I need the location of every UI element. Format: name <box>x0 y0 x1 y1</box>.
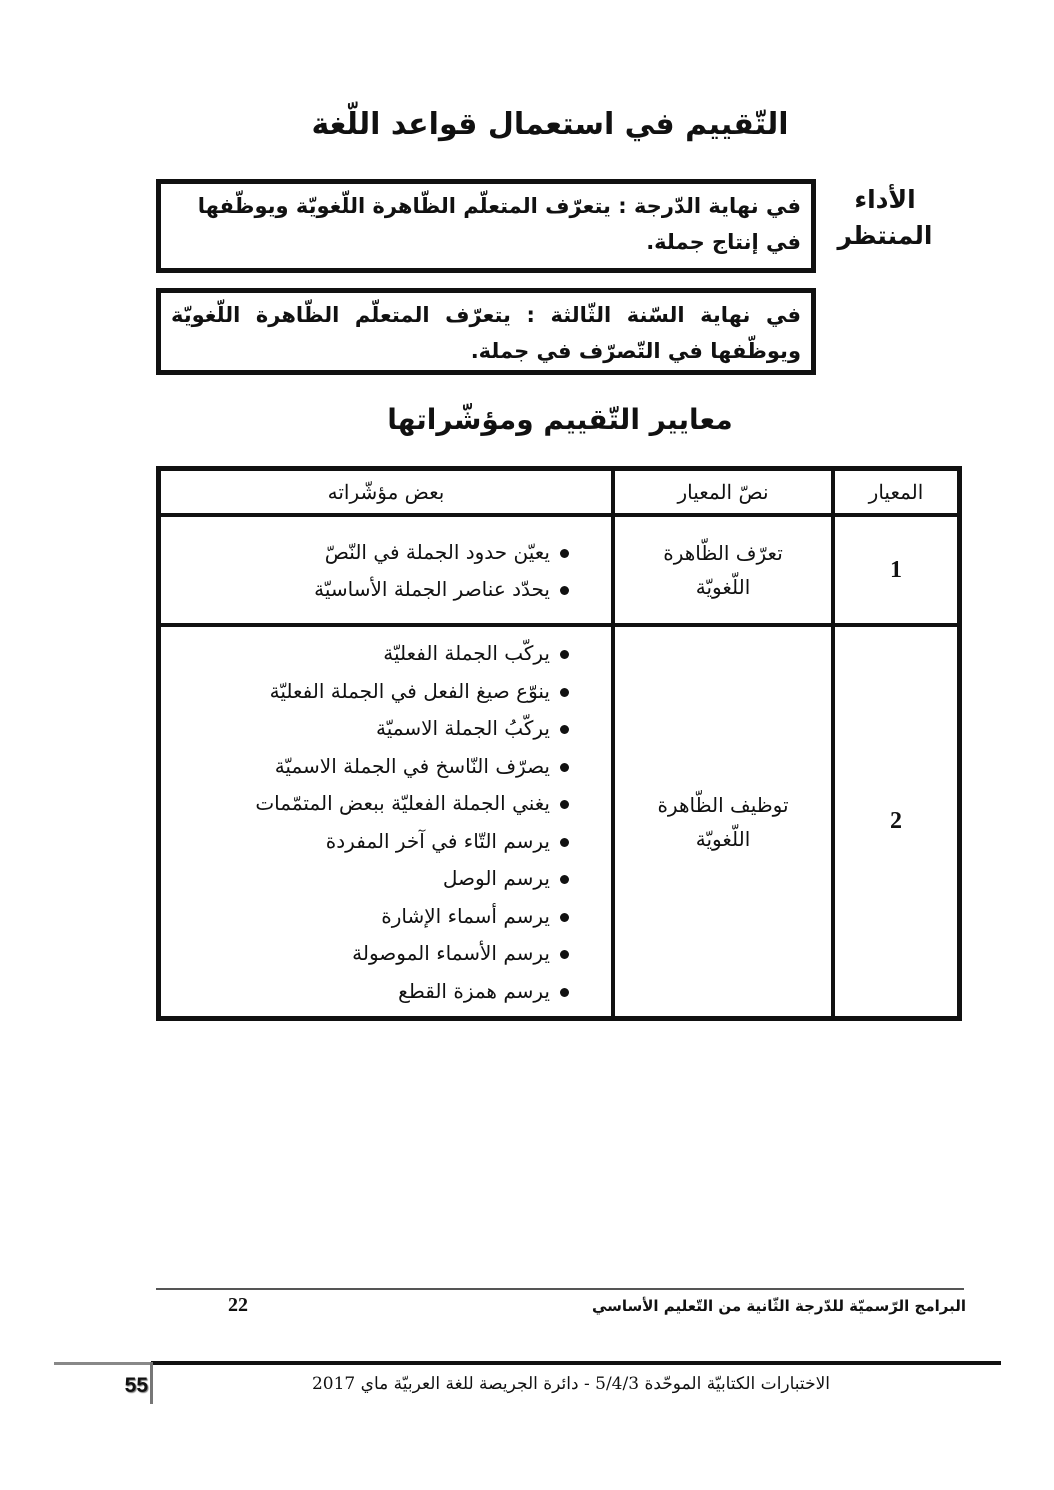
criteria-section-title: معايير التّقييم ومؤشّراتها <box>300 398 820 442</box>
outer-footer-divider-grey <box>54 1362 152 1365</box>
criterion-text-content: توظيف الظّاهرة اللّغويّة <box>643 788 803 856</box>
criterion-text: توظيف الظّاهرة اللّغويّة <box>613 625 833 1019</box>
inner-footer-program-title: البرامج الرّسميّة للدّرجة الثّانية من ال… <box>500 1294 966 1318</box>
bullet-icon <box>560 763 569 772</box>
outer-footer-page-number: 55 <box>104 1372 148 1400</box>
bullet-icon <box>560 913 569 922</box>
list-item: ينوّع صيغ الفعل في الجملة الفعليّة <box>161 673 569 711</box>
indicator-text: ينوّع صيغ الفعل في الجملة الفعليّة <box>270 679 550 703</box>
indicator-text: يحدّد عناصر الجملة الأساسيّة <box>314 577 550 601</box>
header-indicators: بعض مؤشّراته <box>159 469 614 516</box>
indicator-text: يرسم همزة القطع <box>398 979 550 1003</box>
list-item: يرسم أسماء الإشارة <box>161 898 569 936</box>
indicator-text: يصرّف النّاسخ في الجملة الاسميّة <box>275 754 550 778</box>
indicator-list: يعيّن حدود الجملة في النّصّ يحدّد عناصر … <box>161 534 611 609</box>
list-item: يرسم الأسماء الموصولة <box>161 935 569 973</box>
list-item: يصرّف النّاسخ في الجملة الاسميّة <box>161 748 569 786</box>
list-item: يركّب الجملة الفعليّة <box>161 635 569 673</box>
criterion-number: 2 <box>833 625 960 1019</box>
bullet-icon <box>560 725 569 734</box>
indicator-text: يعيّن حدود الجملة في النّصّ <box>325 540 550 564</box>
bullet-icon <box>560 875 569 884</box>
indicator-list: يركّب الجملة الفعليّة ينوّع صيغ الفعل في… <box>161 635 611 1010</box>
bullet-icon <box>560 586 569 595</box>
expected-performance-label-line1: الأداء <box>830 182 940 218</box>
indicators-cell: يركّب الجملة الفعليّة ينوّع صيغ الفعل في… <box>159 625 614 1019</box>
bullet-icon <box>560 650 569 659</box>
outer-footer-caption: الاختبارات الكتابيّة الموحّدة 5/4/3 - دا… <box>290 1370 830 1398</box>
criterion-text: تعرّف الظّاهرة اللّغويّة <box>613 515 833 625</box>
indicator-text: يركّب الجملة الفعليّة <box>383 641 550 665</box>
table-header-row: المعيار نصّ المعيار بعض مؤشّراته <box>159 469 960 516</box>
bullet-icon <box>560 800 569 809</box>
indicator-text: يرسم الوصل <box>443 866 550 890</box>
outer-footer-divider-black <box>151 1361 1001 1365</box>
outer-footer-vertical-bar <box>150 1362 153 1404</box>
bullet-icon <box>560 988 569 997</box>
list-item: يرسم همزة القطع <box>161 973 569 1011</box>
indicator-text: يرسم الأسماء الموصولة <box>352 941 550 965</box>
criterion-number: 1 <box>833 515 960 625</box>
bullet-icon <box>560 838 569 847</box>
criterion-text-content: تعرّف الظّاهرة اللّغويّة <box>653 536 793 604</box>
year-three-performance-box: في نهاية السّنة الثّالثة : يتعرّف المتعل… <box>156 288 816 375</box>
indicator-text: يرسم أسماء الإشارة <box>381 904 550 928</box>
criteria-table: المعيار نصّ المعيار بعض مؤشّراته 1 تعرّف… <box>156 466 962 1021</box>
indicator-text: يغني الجملة الفعليّة ببعض المتمّمات <box>255 791 550 815</box>
page-title: التّقييم في استعمال قواعد اللّغة <box>0 100 1054 150</box>
inner-footer-divider <box>156 1288 964 1290</box>
header-criterion-text: نصّ المعيار <box>613 469 833 516</box>
inner-footer-page-number: 22 <box>218 1292 258 1318</box>
bullet-icon <box>560 688 569 697</box>
list-item: يرسم الوصل <box>161 860 569 898</box>
expected-performance-label: الأداء المنتظر <box>830 182 940 254</box>
bullet-icon <box>560 950 569 959</box>
bullet-icon <box>560 549 569 558</box>
list-item: يرسم التّاء في آخر المفردة <box>161 823 569 861</box>
indicator-text: يرسم التّاء في آخر المفردة <box>326 829 550 853</box>
list-item: يغني الجملة الفعليّة ببعض المتمّمات <box>161 785 569 823</box>
list-item: يعيّن حدود الجملة في النّصّ <box>161 534 569 572</box>
list-item: يحدّد عناصر الجملة الأساسيّة <box>161 571 569 609</box>
header-criterion: المعيار <box>833 469 960 516</box>
indicators-cell: يعيّن حدود الجملة في النّصّ يحدّد عناصر … <box>159 515 614 625</box>
table-row: 1 تعرّف الظّاهرة اللّغويّة يعيّن حدود ال… <box>159 515 960 625</box>
stage-end-performance-box: في نهاية الدّرجة : يتعرّف المتعلّم الظّا… <box>156 179 816 273</box>
expected-performance-label-line2: المنتظر <box>830 218 940 254</box>
list-item: يركّبُ الجملة الاسميّة <box>161 710 569 748</box>
table-row: 2 توظيف الظّاهرة اللّغويّة يركّب الجملة … <box>159 625 960 1019</box>
indicator-text: يركّبُ الجملة الاسميّة <box>376 716 550 740</box>
